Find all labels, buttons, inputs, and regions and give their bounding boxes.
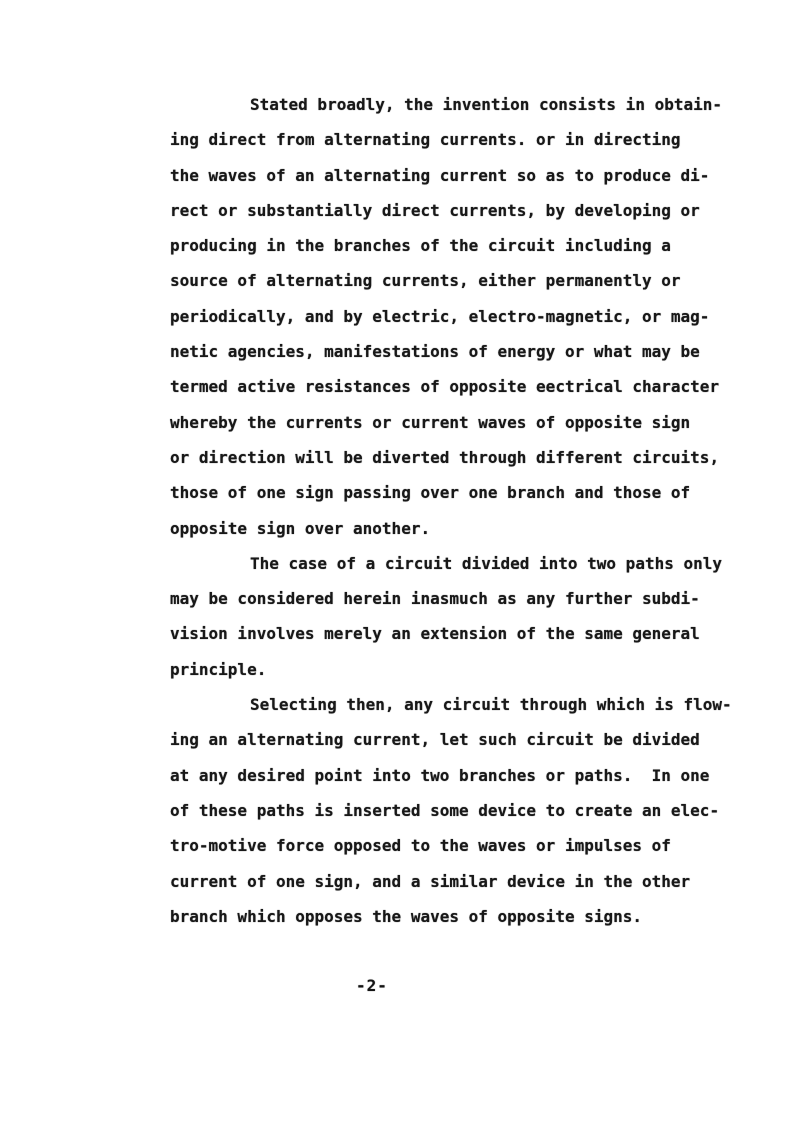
text-line: whereby the currents or current waves of…	[170, 405, 735, 440]
text-line: may be considered herein inasmuch as any…	[170, 581, 735, 616]
text-line: at any desired point into two branches o…	[170, 758, 735, 793]
text-line: those of one sign passing over one branc…	[170, 475, 735, 510]
text-line: vision involves merely an extension of t…	[170, 616, 735, 651]
text-line: The case of a circuit divided into two p…	[170, 546, 735, 581]
text-line: current of one sign, and a similar devic…	[170, 864, 735, 899]
text-line: termed active resistances of opposite ee…	[170, 369, 735, 404]
text-line: producing in the branches of the circuit…	[170, 228, 735, 263]
text-line: ing an alternating current, let such cir…	[170, 722, 735, 757]
text-line: Stated broadly, the invention consists i…	[170, 87, 735, 122]
document-text: Stated broadly, the invention consists i…	[170, 87, 735, 934]
text-line: tro-motive force opposed to the waves or…	[170, 828, 735, 863]
text-line: periodically, and by electric, electro-m…	[170, 299, 735, 334]
text-line: source of alternating currents, either p…	[170, 263, 735, 298]
text-line: ing direct from alternating currents. or…	[170, 122, 735, 157]
text-line: principle.	[170, 652, 735, 687]
text-line: opposite sign over another.	[170, 511, 735, 546]
page-number: -2-	[356, 976, 388, 995]
text-line: netic agencies, manifestations of energy…	[170, 334, 735, 369]
text-line: of these paths is inserted some device t…	[170, 793, 735, 828]
text-line: rect or substantially direct currents, b…	[170, 193, 735, 228]
paragraph: Selecting then, any circuit through whic…	[170, 687, 735, 934]
text-line: or direction will be diverted through di…	[170, 440, 735, 475]
paragraph: Stated broadly, the invention consists i…	[170, 87, 735, 546]
paragraph: The case of a circuit divided into two p…	[170, 546, 735, 687]
text-line: branch which opposes the waves of opposi…	[170, 899, 735, 934]
text-line: Selecting then, any circuit through whic…	[170, 687, 735, 722]
document-page: Stated broadly, the invention consists i…	[0, 0, 807, 1142]
text-line: the waves of an alternating current so a…	[170, 158, 735, 193]
